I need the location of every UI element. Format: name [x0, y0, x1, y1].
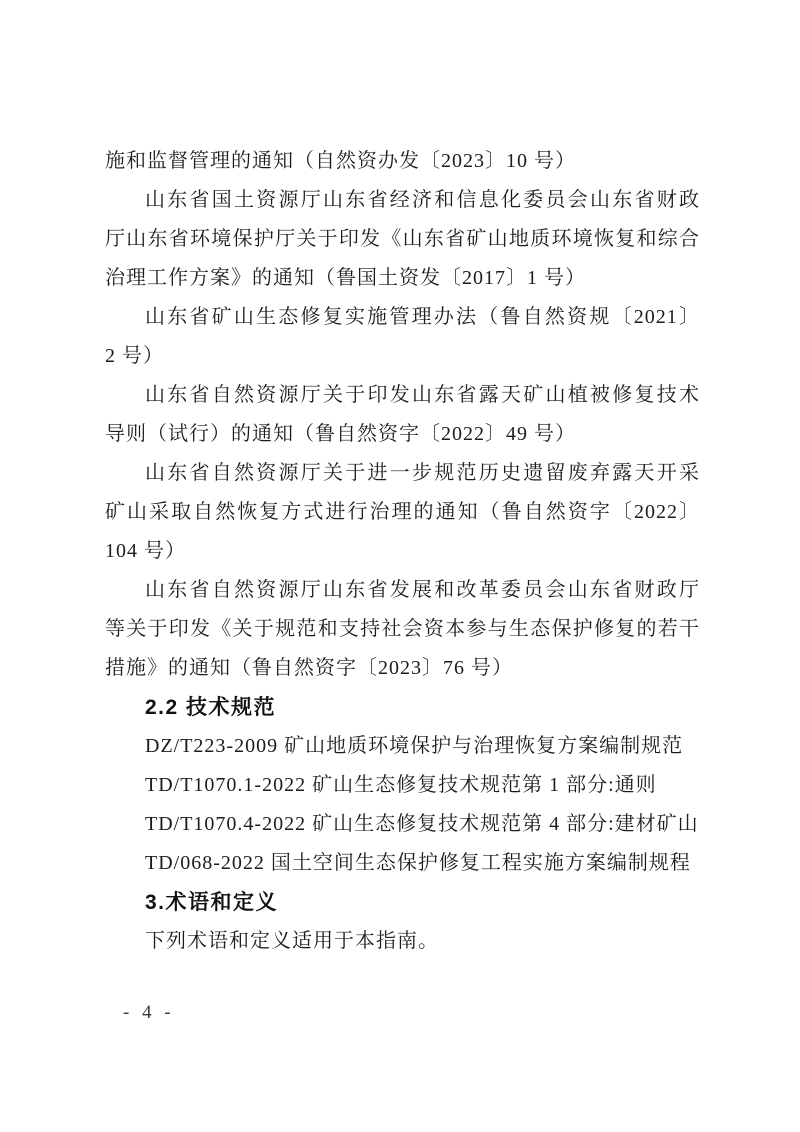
doc-line: 下列术语和定义适用于本指南。 [105, 922, 700, 961]
document-body: 施和监督管理的通知（自然资办发〔2023〕10 号） 山东省国土资源厅山东省经济… [105, 142, 700, 961]
document-page: 施和监督管理的通知（自然资办发〔2023〕10 号） 山东省国土资源厅山东省经济… [0, 0, 800, 1132]
page-number: - 4 - [123, 1002, 175, 1024]
doc-line: 等关于印发《关于规范和支持社会资本参与生态保护修复的若干 [105, 610, 700, 649]
doc-line: 厅山东省环境保护厅关于印发《山东省矿山地质环境恢复和综合 [105, 220, 700, 259]
doc-line: 山东省自然资源厅关于进一步规范历史遗留废弃露天开采 [105, 454, 700, 493]
section-heading-2-2: 2.2 技术规范 [105, 688, 700, 727]
doc-line: 矿山采取自然恢复方式进行治理的通知（鲁自然资字〔2022〕 [105, 493, 700, 532]
doc-line: TD/T1070.1-2022 矿山生态修复技术规范第 1 部分:通则 [105, 766, 700, 805]
doc-line: 山东省国土资源厅山东省经济和信息化委员会山东省财政 [105, 181, 700, 220]
doc-line: 山东省自然资源厅关于印发山东省露天矿山植被修复技术 [105, 376, 700, 415]
section-heading-3: 3.术语和定义 [105, 883, 700, 922]
doc-line: 措施》的通知（鲁自然资字〔2023〕76 号） [105, 649, 700, 688]
doc-line: TD/T1070.4-2022 矿山生态修复技术规范第 4 部分:建材矿山 [105, 805, 700, 844]
doc-line: 104 号） [105, 532, 700, 571]
doc-line: 施和监督管理的通知（自然资办发〔2023〕10 号） [105, 142, 700, 181]
doc-line: TD/068-2022 国土空间生态保护修复工程实施方案编制规程 [105, 844, 700, 883]
doc-line: 山东省自然资源厅山东省发展和改革委员会山东省财政厅 [105, 571, 700, 610]
doc-line: 2 号） [105, 337, 700, 376]
doc-line: 导则（试行）的通知（鲁自然资字〔2022〕49 号） [105, 415, 700, 454]
doc-line: 山东省矿山生态修复实施管理办法（鲁自然资规〔2021〕 [105, 298, 700, 337]
doc-line: 治理工作方案》的通知（鲁国土资发〔2017〕1 号） [105, 259, 700, 298]
doc-line: DZ/T223-2009 矿山地质环境保护与治理恢复方案编制规范 [105, 727, 700, 766]
